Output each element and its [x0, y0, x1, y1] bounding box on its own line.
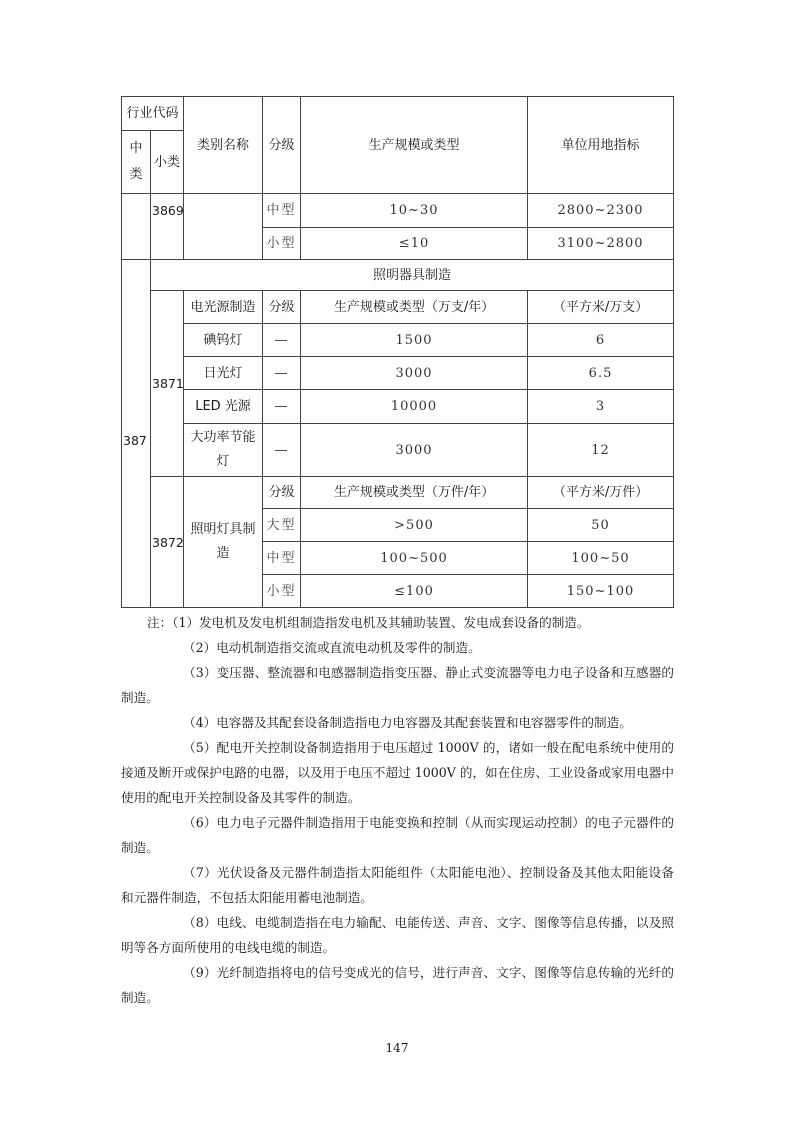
- table-row: LED 光源 — 10000 3: [122, 390, 674, 424]
- grade-cell: 中型: [263, 194, 301, 228]
- subheader-index: （平方米/万件）: [528, 477, 674, 509]
- index-cell: 3100~2800: [528, 228, 674, 260]
- grade-cell: 中型: [263, 542, 301, 575]
- scale-cell: >500: [301, 509, 528, 542]
- grade-cell: —: [263, 357, 301, 390]
- grade-cell: 小型: [263, 575, 301, 608]
- note-item-1: 注：（1）发电机及发电机组制造指发电机及其辅助装置、发电成套设备的制造。: [121, 610, 674, 635]
- product-name-cell: LED 光源: [184, 390, 263, 424]
- table-row: 3872 照明灯具制造 分级 生产规模或类型（万件/年） （平方米/万件）: [122, 477, 674, 509]
- product-name-cell: 日光灯: [184, 357, 263, 390]
- table-row: 碘钨灯 — 1500 6: [122, 324, 674, 357]
- grade-cell: —: [263, 390, 301, 424]
- note-item-8: （8）电线、电缆制造指在电力输配、电能传送、声音、文字、图像等信息传播，以及照明…: [121, 910, 674, 960]
- middle-class-code: 387: [122, 260, 151, 608]
- table-row: 3869 中型 10~30 2800~2300: [122, 194, 674, 228]
- scale-cell: ≤10: [301, 228, 528, 260]
- index-cell: 12: [528, 424, 674, 477]
- header-small-class: 小类: [151, 131, 184, 194]
- grade-cell: 小型: [263, 228, 301, 260]
- index-cell: 150~100: [528, 575, 674, 608]
- product-name-cell: 大功率节能灯: [184, 424, 263, 477]
- scale-cell: 10000: [301, 390, 528, 424]
- product-name-cell: 碘钨灯: [184, 324, 263, 357]
- subheader-index: （平方米/万支）: [528, 291, 674, 324]
- grade-cell: —: [263, 424, 301, 477]
- scale-cell: 100~500: [301, 542, 528, 575]
- index-cell: 6.5: [528, 357, 674, 390]
- subheader-name: 电光源制造: [184, 291, 263, 324]
- header-middle-class-l2: 类: [122, 162, 150, 188]
- group-title: 照明器具制造: [151, 260, 674, 291]
- index-cell: 2800~2300: [528, 194, 674, 228]
- small-class-code: 3871: [151, 291, 184, 477]
- subheader-scale: 生产规模或类型（万件/年）: [301, 477, 528, 509]
- header-middle-class-l1: 中: [122, 136, 150, 162]
- land-use-table: 行业代码 类别名称 分级 生产规模或类型 单位用地指标 中 类 小类 3869 …: [121, 96, 674, 608]
- notes-section: 注：（1）发电机及发电机组制造指发电机及其辅助装置、发电成套设备的制造。 （2）…: [121, 610, 674, 1010]
- header-land-index: 单位用地指标: [528, 97, 674, 194]
- page-number: 147: [0, 1041, 794, 1055]
- table-row: 日光灯 — 3000 6.5: [122, 357, 674, 390]
- small-class-code: 3872: [151, 477, 184, 608]
- grade-cell: 大型: [263, 509, 301, 542]
- index-cell: 6: [528, 324, 674, 357]
- subheader-grade: 分级: [263, 291, 301, 324]
- category-name-cell: 照明灯具制造: [184, 477, 263, 608]
- scale-cell: 1500: [301, 324, 528, 357]
- document-page: 行业代码 类别名称 分级 生产规模或类型 单位用地指标 中 类 小类 3869 …: [0, 0, 794, 1122]
- note-item-2: （2）电动机制造指交流或直流电动机及零件的制造。: [121, 635, 674, 660]
- note-item-7: （7）光伏设备及元器件制造指太阳能组件（太阳能电池）、控制设备及其他太阳能设备和…: [121, 860, 674, 910]
- table-row: 3871 电光源制造 分级 生产规模或类型（万支/年） （平方米/万支）: [122, 291, 674, 324]
- category-name-empty: [184, 194, 263, 260]
- small-class-code: 3869: [151, 194, 184, 260]
- index-cell: 3: [528, 390, 674, 424]
- note-item-3: （3）变压器、整流器和电感器制造指变压器、静止式变流器等电力电子设备和互感器的制…: [121, 660, 674, 710]
- table-row: 387 照明器具制造: [122, 260, 674, 291]
- index-cell: 50: [528, 509, 674, 542]
- header-grade: 分级: [263, 97, 301, 194]
- note-item-6: （6）电力电子元器件制造指用于电能变换和控制（从而实现运动控制）的电子元器件的制…: [121, 810, 674, 860]
- note-item-5: （5）配电开关控制设备制造指用于电压超过 1000V 的，诸如一般在配电系统中使…: [121, 735, 674, 810]
- subheader-grade: 分级: [263, 477, 301, 509]
- subheader-scale: 生产规模或类型（万支/年）: [301, 291, 528, 324]
- notes-label: 注：: [147, 615, 172, 630]
- grade-cell: —: [263, 324, 301, 357]
- table-row: 大功率节能灯 — 3000 12: [122, 424, 674, 477]
- header-category-name: 类别名称: [184, 97, 263, 194]
- scale-cell: ≤100: [301, 575, 528, 608]
- header-scale: 生产规模或类型: [301, 97, 528, 194]
- scale-cell: 3000: [301, 357, 528, 390]
- scale-cell: 10~30: [301, 194, 528, 228]
- index-cell: 100~50: [528, 542, 674, 575]
- note-item-4: （4）电容器及其配套设备制造指电力电容器及其配套装置和电容器零件的制造。: [121, 710, 674, 735]
- scale-cell: 3000: [301, 424, 528, 477]
- header-industry-code: 行业代码: [122, 97, 184, 131]
- header-middle-class: 中 类: [122, 131, 151, 194]
- note-item-9: （9）光纤制造指将电的信号变成光的信号，进行声音、文字、图像等信息传输的光纤的制…: [121, 960, 674, 1010]
- middle-class-empty: [122, 194, 151, 260]
